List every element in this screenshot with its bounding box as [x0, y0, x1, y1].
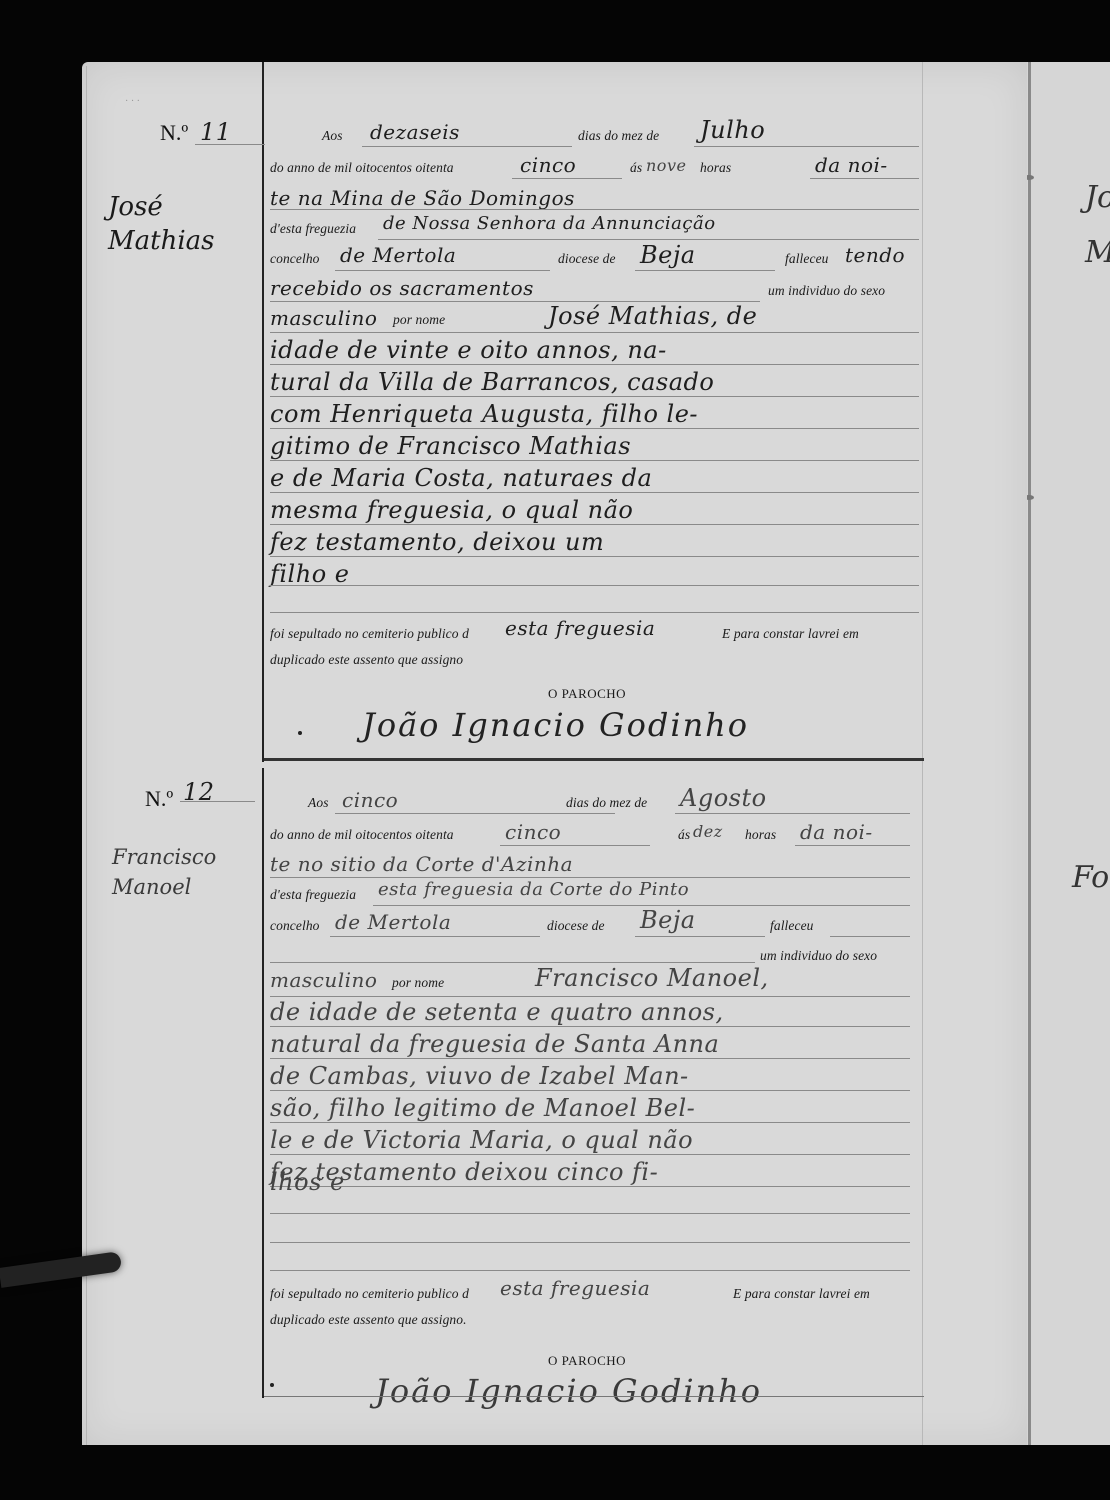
faded-stamp: · · ·: [125, 96, 140, 107]
day-value: cinco: [342, 788, 398, 812]
hour-value: nove: [646, 156, 686, 175]
concelho-value: de Mertola: [335, 910, 451, 934]
facing-page-handwriting: Fo: [1072, 860, 1109, 895]
column-divider: [262, 768, 264, 1398]
facing-page-handwriting: Jo: [1085, 180, 1110, 215]
freguezia-value: esta freguesia da Corte do Pinto: [378, 879, 689, 900]
book-gutter: [1028, 62, 1031, 1445]
sacraments-line: recebido os sacramentos: [270, 276, 534, 300]
faint-ruled-margin: [922, 62, 923, 1445]
sexo-value: masculino: [270, 968, 377, 992]
margin-deceased-name: José Mathias: [108, 190, 214, 258]
deceased-name: José Mathias, de: [548, 302, 757, 330]
place-line: te na Mina de São Domingos: [270, 186, 575, 210]
year-value: cinco: [520, 153, 576, 177]
parocho-label: O PAROCHO: [548, 686, 626, 702]
burial-place: esta freguesia: [505, 616, 655, 640]
entry-number: 11: [200, 118, 232, 146]
concelho-value: de Mertola: [340, 243, 456, 267]
place-line: te no sitio da Corte d'Azinha: [270, 852, 573, 876]
parocho-label: O PAROCHO: [548, 1353, 626, 1369]
sexo-value: masculino: [270, 306, 377, 330]
month-value: Agosto: [680, 784, 767, 812]
deceased-name: Francisco Manoel,: [535, 964, 769, 992]
register-page: [82, 62, 1027, 1445]
priest-signature: João Ignacio Godinho: [375, 1372, 762, 1410]
entry-number-label: N.º: [145, 786, 173, 812]
margin-deceased-name: Francisco Manoel: [112, 842, 216, 902]
freguezia-value: de Nossa Senhora da Annunciação: [383, 213, 716, 234]
column-divider: [262, 62, 264, 762]
facing-page-handwriting: Ma: [1085, 235, 1110, 270]
diocese-value: Beja: [640, 906, 696, 934]
year-value: cinco: [505, 820, 561, 844]
hour-value: dez: [693, 822, 723, 841]
day-value: dezaseis: [370, 120, 460, 144]
diocese-value: Beja: [640, 241, 696, 269]
priest-signature: João Ignacio Godinho: [362, 706, 749, 744]
month-value: Julho: [700, 116, 765, 144]
burial-place: esta freguesia: [500, 1276, 650, 1300]
entry-separator: [264, 758, 924, 761]
entry-number-label: N.º: [160, 120, 188, 146]
